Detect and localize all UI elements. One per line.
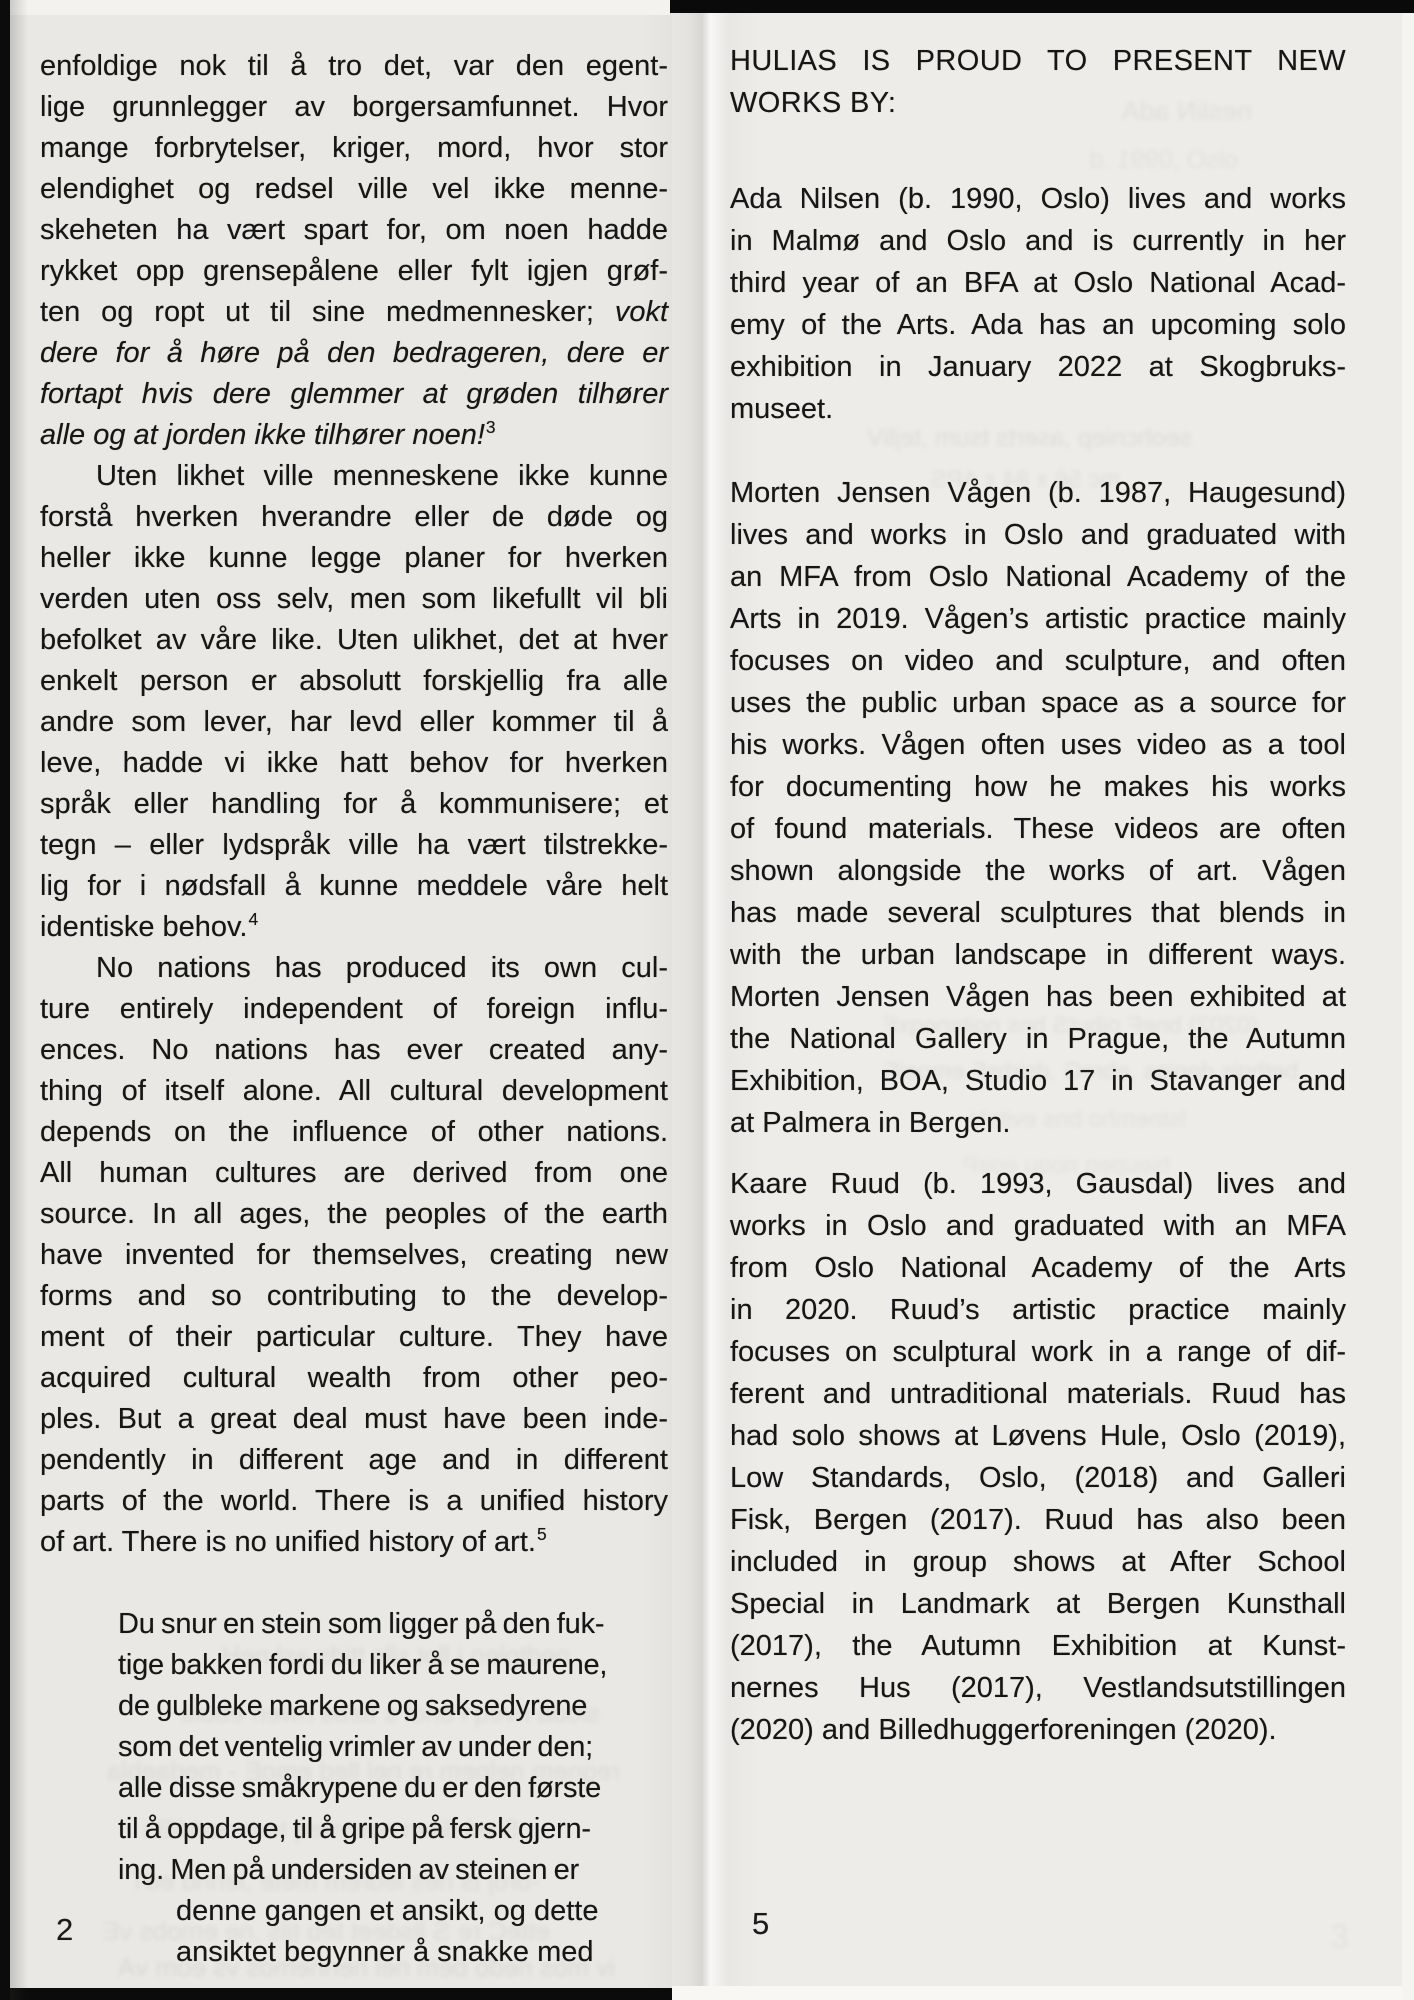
text-line: ferent and untraditional materials. Ruud… [730, 1373, 1346, 1415]
text-segment: at Palmera in Bergen. [730, 1107, 1010, 1139]
text-line: focuses on sculptural work in a range of… [730, 1331, 1346, 1373]
text-line: has made several sculptures that blends … [730, 892, 1346, 934]
blank-line [730, 124, 1346, 178]
text-segment: forms and so contributing to the develop… [40, 1280, 668, 1312]
text-line: from Oslo National Academy of the Arts [730, 1247, 1346, 1289]
text-line: lig for i nødsfall å kunne meddele våre … [40, 866, 668, 907]
text-line: Exhibition, BOA, Studio 17 in Stavanger … [730, 1060, 1346, 1102]
text-segment: from Oslo National Academy of the Arts [730, 1252, 1346, 1284]
text-segment: of found materials. These videos are oft… [730, 813, 1346, 845]
text-segment: ples. But a great deal must have been in… [40, 1403, 668, 1435]
text-line: Special in Landmark at Bergen Kunsthall [730, 1583, 1346, 1625]
text-line: have invented for themselves, creating n… [40, 1235, 668, 1276]
text-segment: exhibition in January 2022 at Skogbruks- [730, 351, 1346, 383]
text-line: tegn – eller lydspråk ville ha vært tils… [40, 825, 668, 866]
text-line: ences. No nations has ever created any- [40, 1030, 668, 1071]
text-line: denne gangen et ansikt, og dette [176, 1891, 532, 1932]
text-line: ten og ropt ut til sine medmennesker; vo… [40, 292, 668, 333]
text-segment: emy of the Arts. Ada has an upcoming sol… [730, 309, 1346, 341]
text-segment: (2017), the Autumn Exhibition at Kunst- [730, 1630, 1346, 1662]
text-line: acquired cultural wealth from other peo- [40, 1358, 668, 1399]
text-line: of art. There is no unified history of a… [40, 1522, 668, 1563]
left-column: enfoldige nok til å tro det, var den ege… [40, 46, 668, 1973]
text-segment: fortapt hvis dere glemmer at grøden tilh… [40, 378, 668, 410]
text-line: verden uten oss selv, men som likefullt … [40, 579, 668, 620]
text-line: pendently in different age and in differ… [40, 1440, 668, 1481]
text-segment: mange forbrytelser, kriger, mord, hvor s… [40, 132, 668, 164]
text-segment: included in group shows at After School [730, 1546, 1346, 1578]
text-line: ansiktet begynner å snakke med [176, 1932, 532, 1973]
text-segment: ten og ropt ut til sine medmennesker; [40, 296, 615, 328]
scan-edge-left-bar [0, 0, 10, 2000]
text-segment: til å oppdage, til å gripe på fersk gjer… [118, 1813, 591, 1845]
text-segment: leve, hadde vi ikke hatt behov for hverk… [40, 747, 668, 779]
text-segment: the National Gallery in Prague, the Autu… [730, 1023, 1346, 1055]
text-line: focuses on video and sculpture, and ofte… [730, 640, 1346, 682]
text-segment: WORKS BY: [730, 87, 896, 119]
text-line: dere for å høre på den bedrageren, dere … [40, 333, 668, 374]
blank-line [40, 1563, 668, 1604]
text-line: thing of itself alone. All cultural deve… [40, 1071, 668, 1112]
text-line: identiske behov.4 [40, 907, 668, 948]
text-line: ing. Men på undersiden av steinen er [118, 1850, 532, 1891]
text-segment: in 2020. Ruud’s artistic practice mainly [730, 1294, 1346, 1326]
text-line: exhibition in January 2022 at Skogbruks- [730, 346, 1346, 388]
text-line: the National Gallery in Prague, the Autu… [730, 1018, 1346, 1060]
text-line: depends on the influence of other nation… [40, 1112, 668, 1153]
text-line: HULIAS IS PROUD TO PRESENT NEW [730, 40, 1346, 82]
text-segment: Ada Nilsen (b. 1990, Oslo) lives and wor… [730, 183, 1346, 215]
text-segment: acquired cultural wealth from other peo- [40, 1362, 668, 1394]
scan-edge-left-shadow [10, 0, 28, 2000]
text-segment: befolket av våre like. Uten ulikhet, det… [40, 624, 668, 656]
scan-edge-right [1402, 13, 1414, 2000]
text-segment: parts of the world. There is a unified h… [40, 1485, 668, 1517]
text-segment: source. In all ages, the peoples of the … [40, 1198, 668, 1230]
text-line: fortapt hvis dere glemmer at grøden tilh… [40, 374, 668, 415]
text-line: lives and works in Oslo and graduated wi… [730, 514, 1346, 556]
text-line: museet. [730, 388, 1346, 430]
text-line: in Malmø and Oslo and is currently in he… [730, 220, 1346, 262]
text-line: forstå hverken hverandre eller de døde o… [40, 497, 668, 538]
text-segment: for documenting how he makes his works [730, 771, 1346, 803]
text-line: with the urban landscape in different wa… [730, 934, 1346, 976]
text-segment: of art. There is no unified history of a… [40, 1526, 536, 1558]
text-segment: works in Oslo and graduated with an MFA [730, 1210, 1346, 1242]
text-line: All human cultures are derived from one [40, 1153, 668, 1194]
text-line: heller ikke kunne legge planer for hverk… [40, 538, 668, 579]
text-segment: ences. No nations has ever created any- [40, 1034, 668, 1066]
text-line: Low Standards, Oslo, (2018) and Galleri [730, 1457, 1346, 1499]
text-segment: språk eller handling for å kommunisere; … [40, 788, 668, 820]
text-line: uses the public urban space as a source … [730, 682, 1346, 724]
blank-line [730, 1144, 1346, 1163]
text-segment: third year of an BFA at Oslo National Ac… [730, 267, 1346, 299]
footnote-superscript: 3 [486, 417, 496, 437]
scanned-booklet-spread: enfoldige nok til å tro det, var den ege… [0, 0, 1414, 2000]
text-segment: de gulbleke markene og saksedyrene [118, 1690, 587, 1722]
scan-edge-top-left [10, 0, 670, 15]
footnote-superscript: 4 [248, 909, 258, 929]
text-line: mange forbrytelser, kriger, mord, hvor s… [40, 128, 668, 169]
text-segment: Special in Landmark at Bergen Kunsthall [730, 1588, 1346, 1620]
text-line: for documenting how he makes his works [730, 766, 1346, 808]
text-segment: depends on the influence of other nation… [40, 1116, 668, 1148]
text-segment: dere for å høre på den bedrageren, dere … [40, 337, 668, 369]
text-line: forms and so contributing to the develop… [40, 1276, 668, 1317]
text-segment: skeheten ha vært spart for, om noen hadd… [40, 214, 668, 246]
text-line: (2020) and Billedhuggerforeningen (2020)… [730, 1709, 1346, 1751]
text-line: leve, hadde vi ikke hatt behov for hverk… [40, 743, 668, 784]
text-segment: Exhibition, BOA, Studio 17 in Stavanger … [730, 1065, 1346, 1097]
text-segment: Kaare Ruud (b. 1993, Gausdal) lives and [730, 1168, 1346, 1200]
text-segment: ferent and untraditional materials. Ruud… [730, 1378, 1346, 1410]
text-segment: museet. [730, 393, 833, 425]
text-segment: vokt [615, 296, 668, 328]
text-line: ment of their particular culture. They h… [40, 1317, 668, 1358]
text-line: Uten likhet ville menneskene ikke kunne [40, 456, 668, 497]
text-segment: lige grunnlegger av borgersamfunnet. Hvo… [40, 91, 668, 123]
text-line: Du snur en stein som ligger på den fuk- [118, 1604, 532, 1645]
scan-edge-top-right [670, 0, 1414, 13]
text-line: at Palmera in Bergen. [730, 1102, 1346, 1144]
text-segment: shown alongside the works of art. Vågen [730, 855, 1346, 887]
text-line: in 2020. Ruud’s artistic practice mainly [730, 1289, 1346, 1331]
text-segment: Uten likhet ville menneskene ikke kunne [96, 460, 668, 492]
text-line: alle disse småkrypene du er den første [118, 1768, 532, 1809]
scan-edge-bottom-left [10, 1988, 672, 2000]
text-segment: enkelt person er absolutt forskjellig fr… [40, 665, 668, 697]
text-line: ples. But a great deal must have been in… [40, 1399, 668, 1440]
text-segment: forstå hverken hverandre eller de døde o… [40, 501, 668, 533]
text-line: som det ventelig vrimler av under den; [118, 1727, 532, 1768]
text-segment: Arts in 2019. Vågen’s artistic practice … [730, 603, 1346, 635]
text-segment: focuses on sculptural work in a range of… [730, 1336, 1346, 1368]
text-segment: verden uten oss selv, men som likefullt … [40, 583, 668, 615]
text-line: elendighet og redsel ville vel ikke menn… [40, 169, 668, 210]
page-number-left: 2 [56, 1912, 73, 1948]
text-segment: his works. Vågen often uses video as a t… [730, 729, 1346, 761]
text-segment: tegn – eller lydspråk ville ha vært tils… [40, 829, 668, 861]
text-segment: som det ventelig vrimler av under den; [118, 1731, 593, 1763]
text-line: shown alongside the works of art. Vågen [730, 850, 1346, 892]
text-line: emy of the Arts. Ada has an upcoming sol… [730, 304, 1346, 346]
text-segment: rykket opp grensepålene eller fylt igjen… [40, 255, 668, 287]
text-segment: ansiktet begynner å snakke med [176, 1936, 594, 1968]
text-segment: ment of their particular culture. They h… [40, 1321, 668, 1353]
text-line: skeheten ha vært spart for, om noen hadd… [40, 210, 668, 251]
text-line: rykket opp grensepålene eller fylt igjen… [40, 251, 668, 292]
text-segment: Low Standards, Oslo, (2018) and Galleri [730, 1462, 1346, 1494]
text-segment: uses the public urban space as a source … [730, 687, 1346, 719]
text-segment: Du snur en stein som ligger på den fuk- [118, 1608, 604, 1640]
text-line: befolket av våre like. Uten ulikhet, det… [40, 620, 668, 661]
text-line: third year of an BFA at Oslo National Ac… [730, 262, 1346, 304]
text-line: Morten Jensen Vågen has been exhibited a… [730, 976, 1346, 1018]
text-segment: Morten Jensen Vågen has been exhibited a… [730, 981, 1346, 1013]
text-line: of found materials. These videos are oft… [730, 808, 1346, 850]
text-segment: had solo shows at Løvens Hule, Oslo (201… [730, 1420, 1346, 1452]
text-segment: elendighet og redsel ville vel ikke menn… [40, 173, 668, 205]
text-line: språk eller handling for å kommunisere; … [40, 784, 668, 825]
text-segment: have invented for themselves, creating n… [40, 1239, 668, 1271]
text-line: an MFA from Oslo National Academy of the [730, 556, 1346, 598]
text-segment: enfoldige nok til å tro det, var den ege… [40, 50, 668, 82]
text-line: (2017), the Autumn Exhibition at Kunst- [730, 1625, 1346, 1667]
text-segment: identiske behov. [40, 911, 247, 943]
text-segment: with the urban landscape in different wa… [730, 939, 1346, 971]
text-line: enfoldige nok til å tro det, var den ege… [40, 46, 668, 87]
text-line: nernes Hus (2017), Vestlandsutstillingen [730, 1667, 1346, 1709]
text-segment: nernes Hus (2017), Vestlandsutstillingen [730, 1672, 1346, 1704]
right-column: HULIAS IS PROUD TO PRESENT NEWWORKS BY:A… [730, 40, 1346, 1751]
text-segment: lig for i nødsfall å kunne meddele våre … [40, 870, 668, 902]
text-line: til å oppdage, til å gripe på fersk gjer… [118, 1809, 532, 1850]
page-number-right: 5 [752, 1906, 769, 1942]
text-line: Morten Jensen Vågen (b. 1987, Haugesund) [730, 472, 1346, 514]
text-segment: denne gangen et ansikt, og dette [176, 1895, 598, 1927]
text-segment: pendently in different age and in differ… [40, 1444, 668, 1476]
text-line: source. In all ages, the peoples of the … [40, 1194, 668, 1235]
text-segment: Fisk, Bergen (2017). Ruud has also been [730, 1504, 1346, 1536]
text-segment: lives and works in Oslo and graduated wi… [730, 519, 1346, 551]
text-segment: has made several sculptures that blends … [730, 897, 1346, 929]
text-line: Arts in 2019. Vågen’s artistic practice … [730, 598, 1346, 640]
text-segment: No nations has produced its own cul- [96, 952, 668, 984]
scan-edge-bottom-right [672, 1986, 1414, 2000]
text-line: enkelt person er absolutt forskjellig fr… [40, 661, 668, 702]
text-segment: in Malmø and Oslo and is currently in he… [730, 225, 1346, 257]
text-segment: an MFA from Oslo National Academy of the [730, 561, 1346, 593]
text-line: de gulbleke markene og saksedyrene [118, 1686, 532, 1727]
blank-line [730, 430, 1346, 472]
text-line: andre som lever, har levd eller kommer t… [40, 702, 668, 743]
text-segment: heller ikke kunne legge planer for hverk… [40, 542, 668, 574]
text-line: lige grunnlegger av borgersamfunnet. Hvo… [40, 87, 668, 128]
text-segment: Morten Jensen Vågen (b. 1987, Haugesund) [730, 477, 1346, 509]
text-line: his works. Vågen often uses video as a t… [730, 724, 1346, 766]
footnote-superscript: 5 [537, 1524, 547, 1544]
text-line: WORKS BY: [730, 82, 1346, 124]
text-segment: thing of itself alone. All cultural deve… [40, 1075, 668, 1107]
text-line: alle og at jorden ikke tilhører noen!3 [40, 415, 668, 456]
text-line: Kaare Ruud (b. 1993, Gausdal) lives and [730, 1163, 1346, 1205]
text-segment: tige bakken fordi du liker å se maurene, [118, 1649, 607, 1681]
text-segment: alle og at jorden ikke tilhører noen! [40, 419, 485, 451]
text-segment: focuses on video and sculpture, and ofte… [730, 645, 1346, 677]
text-segment: ing. Men på undersiden av steinen er [118, 1854, 579, 1886]
text-segment: HULIAS IS PROUD TO PRESENT NEW [730, 45, 1346, 77]
text-line: had solo shows at Løvens Hule, Oslo (201… [730, 1415, 1346, 1457]
text-line: ture entirely independent of foreign inf… [40, 989, 668, 1030]
text-segment: (2020) and Billedhuggerforeningen (2020)… [730, 1714, 1277, 1746]
text-line: tige bakken fordi du liker å se maurene, [118, 1645, 532, 1686]
text-line: parts of the world. There is a unified h… [40, 1481, 668, 1522]
text-segment: ture entirely independent of foreign inf… [40, 993, 668, 1025]
text-line: Ada Nilsen (b. 1990, Oslo) lives and wor… [730, 178, 1346, 220]
text-segment: alle disse småkrypene du er den første [118, 1772, 601, 1804]
text-segment: andre som lever, har levd eller kommer t… [40, 706, 668, 738]
text-line: included in group shows at After School [730, 1541, 1346, 1583]
text-line: No nations has produced its own cul- [40, 948, 668, 989]
text-segment: All human cultures are derived from one [40, 1157, 668, 1189]
text-line: Fisk, Bergen (2017). Ruud has also been [730, 1499, 1346, 1541]
text-line: works in Oslo and graduated with an MFA [730, 1205, 1346, 1247]
